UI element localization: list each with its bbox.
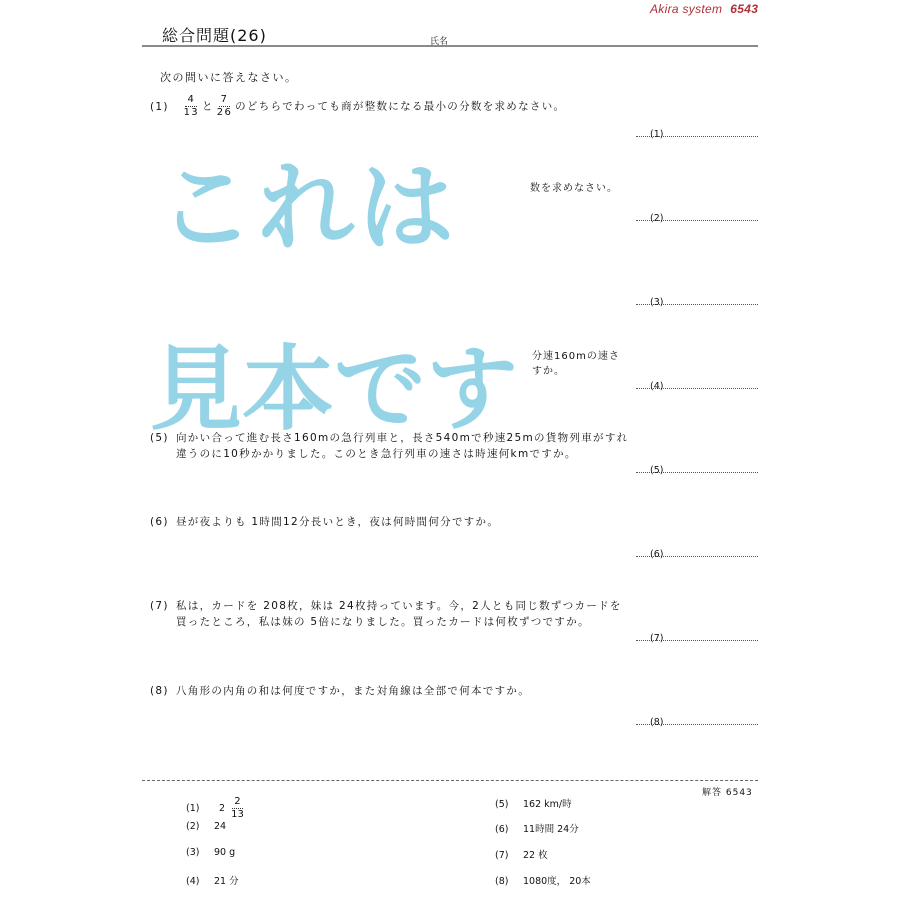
answer-field-label: (4) <box>650 381 663 392</box>
brand-name: Akira system <box>650 2 722 16</box>
question-number: (7) <box>150 598 176 614</box>
question-text: 向かい合って進む長さ160mの急行列車と，長さ540mで秒速25mの貨物列車がす… <box>176 432 628 444</box>
sample-watermark-line2: 見本です <box>150 316 518 448</box>
answer-key-7: (7)22 枚 <box>495 847 548 861</box>
answer-key-divider <box>142 780 758 781</box>
answer-field-label: (1) <box>650 129 663 140</box>
answer-field-label: (3) <box>650 297 663 308</box>
question-text: 違うのに10秒かかりました。このとき急行列車の速さは時速何kmですか。 <box>176 448 577 460</box>
answer-field-label: (7) <box>650 633 663 644</box>
answer-key-6: (6)11時間 24分 <box>495 821 579 835</box>
question-text: 昼が夜よりも 1時間12分長いとき，夜は何時間何分ですか。 <box>176 516 499 528</box>
answer-number: (2) <box>186 821 214 832</box>
answer-field-label: (8) <box>650 717 663 728</box>
answer-number: (5) <box>495 799 523 810</box>
question-1: (1) 4 13 と 7 26 のどちらでわっても商が整数になる最小の分数を求め… <box>150 94 565 119</box>
answer-number: (6) <box>495 824 523 835</box>
answer-value: 90 g <box>214 847 235 858</box>
brand-number: 6543 <box>730 2 758 16</box>
answer-key-8: (8)1080度， 20本 <box>495 873 591 887</box>
question-8: (8)八角形の内角の和は何度ですか，また対角線は全部で何本ですか。 <box>150 683 530 699</box>
question-4-fragment-1: 分速160mの速さ <box>532 347 620 362</box>
answer-field-5[interactable]: (5) <box>636 458 758 473</box>
question-text: のどちらでわっても商が整数になる最小の分数を求めなさい。 <box>235 101 565 113</box>
answer-value: 162 km/時 <box>523 799 572 810</box>
answer-field-7[interactable]: (7) <box>636 626 758 641</box>
header-divider <box>142 45 758 47</box>
answer-field-2[interactable]: (2) <box>636 206 758 221</box>
answer-field-3[interactable]: (3) <box>636 290 758 305</box>
question-number: (8) <box>150 683 176 699</box>
fraction: 4 13 <box>184 94 199 119</box>
answer-field-6[interactable]: (6) <box>636 542 758 557</box>
answer-key-3: (3)90 g <box>186 847 235 858</box>
answer-key-2: (2)24 <box>186 821 226 832</box>
answer-key-4: (4)21 分 <box>186 873 239 887</box>
question-text: 買ったところ，私は妹の 5倍になりました。買ったカードは何枚ずつですか。 <box>176 616 590 628</box>
sample-watermark-line1: これは <box>158 132 458 269</box>
answer-field-4[interactable]: (4) <box>636 374 758 389</box>
answer-field-label: (5) <box>650 465 663 476</box>
brand-label: Akira system6543 <box>650 2 758 16</box>
answer-field-1[interactable]: (1) <box>636 122 758 137</box>
answer-field-8[interactable]: (8) <box>636 710 758 725</box>
answer-field-label: (2) <box>650 213 663 224</box>
question-text: 私は，カードを 208枚，妹は 24枚持っています。今，2人とも同じ数ずつカード… <box>176 600 622 612</box>
answer-key-title: 解答 6543 <box>702 785 753 798</box>
question-number: (1) <box>150 99 176 115</box>
connector-text: と <box>202 101 214 113</box>
answer-number: (7) <box>495 850 523 861</box>
answer-key-1: (1) 2 2 13 <box>186 796 247 821</box>
answer-key-5: (5)162 km/時 <box>495 796 572 810</box>
question-number: (5) <box>150 430 176 446</box>
answer-number: (8) <box>495 876 523 887</box>
answer-fraction: 2 13 <box>231 796 244 821</box>
question-7: (7)私は，カードを 208枚，妹は 24枚持っています。今，2人とも同じ数ずつ… <box>150 598 622 630</box>
answer-number: (1) <box>186 803 214 814</box>
answer-value: 11時間 24分 <box>523 824 579 835</box>
answer-value: 24 <box>214 821 226 832</box>
answer-whole: 2 <box>219 803 225 814</box>
question-4-fragment-2: すか。 <box>532 362 565 377</box>
answer-value: 22 枚 <box>523 850 548 861</box>
answer-number: (3) <box>186 847 214 858</box>
fraction: 7 26 <box>217 94 232 119</box>
question-2-fragment: 数を求めなさい。 <box>530 179 618 194</box>
page-title: 総合問題(26) <box>162 23 267 46</box>
answer-value: 1080度， 20本 <box>523 876 591 887</box>
answer-number: (4) <box>186 876 214 887</box>
instruction: 次の問いに答えなさい。 <box>160 69 298 85</box>
question-number: (6) <box>150 514 176 530</box>
question-text: 八角形の内角の和は何度ですか，また対角線は全部で何本ですか。 <box>176 685 530 697</box>
question-5: (5)向かい合って進む長さ160mの急行列車と，長さ540mで秒速25mの貨物列… <box>150 430 628 462</box>
question-6: (6)昼が夜よりも 1時間12分長いとき，夜は何時間何分ですか。 <box>150 514 499 530</box>
answer-value: 21 分 <box>214 876 239 887</box>
answer-field-label: (6) <box>650 549 663 560</box>
